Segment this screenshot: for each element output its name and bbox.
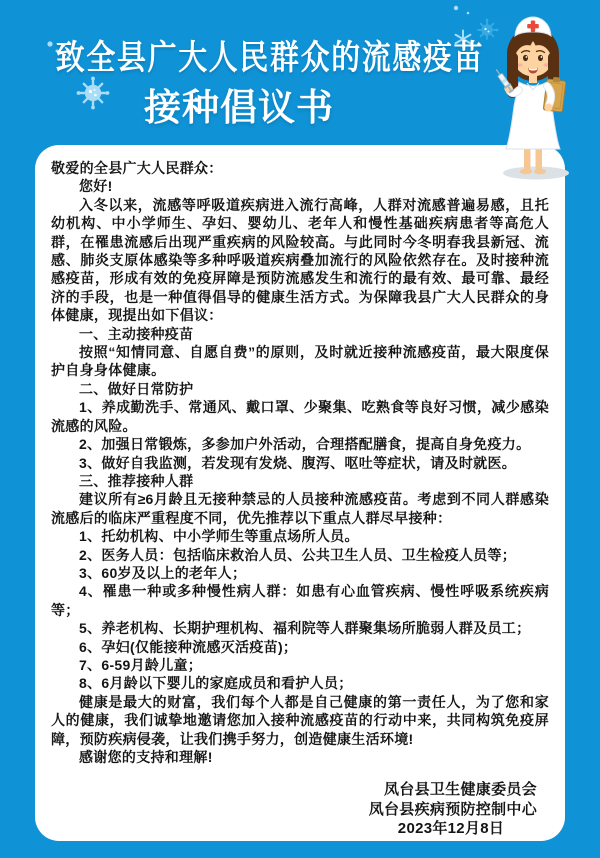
- section-2-item-1: 1、养成勤洗手、常通风、戴口罩、少聚集、吃熟食等良好习惯，减少感染流感的风险。: [51, 398, 549, 435]
- salutation: 敬爱的全县广大人民群众：: [51, 159, 549, 177]
- nurse-illustration: [486, 14, 578, 186]
- poster-title-line2: 接种倡议书: [0, 87, 478, 129]
- signature-block: 凤台县卫生健康委员会 凤台县疾病预防控制中心 2023年12月8日: [365, 780, 537, 839]
- section-3-item-2: 2、医务人员：包括临床救治人员、公共卫生人员、卫生检疫人员等；: [51, 546, 549, 564]
- signature-org-1: 凤台县卫生健康委员会: [365, 780, 537, 800]
- section-2-heading: 二、做好日常防护: [51, 380, 549, 398]
- thanks-line: 感谢您的支持和理解!: [51, 748, 549, 766]
- section-3-item-1: 1、托幼机构、中小学师生等重点场所人员。: [51, 527, 549, 545]
- flu-vaccine-poster: 致全县广大人民群众的流感疫苗 接种倡议书: [0, 0, 600, 858]
- letter-panel: 敬爱的全县广大人民群众： 您好! 入冬以来，流感等呼吸道疾病进入流行高峰，人群对…: [35, 145, 565, 841]
- section-3-item-5: 5、养老机构、长期护理机构、福利院等人群聚集场所脆弱人群及员工；: [51, 619, 549, 637]
- closing-paragraph: 健康是最大的财富，我们每个人都是自己健康的第一责任人，为了您和家人的健康，我们诚…: [51, 693, 549, 748]
- section-2-item-3: 3、做好自我监测，若发现有发烧、腹泻、呕吐等症状，请及时就医。: [51, 454, 549, 472]
- section-3-item-7: 7、6-59月龄儿童；: [51, 656, 549, 674]
- greeting: 您好!: [51, 177, 549, 195]
- section-3-item-8: 8、6月龄以下婴儿的家庭成员和看护人员；: [51, 674, 549, 692]
- section-3-item-3: 3、60岁及以上的老年人；: [51, 564, 549, 582]
- signature-org-2: 凤台县疾病预防控制中心: [365, 800, 537, 820]
- section-3-heading: 三、推荐接种人群: [51, 472, 549, 490]
- section-1-heading: 一、主动接种疫苗: [51, 325, 549, 343]
- section-3-item-6: 6、孕妇(仅能接种流感灭活疫苗)；: [51, 638, 549, 656]
- section-1-body: 按照“知情同意、自愿自费”的原则，及时就近接种流感疫苗，最大限度保护自身身体健康…: [51, 343, 549, 380]
- section-2-item-2: 2、加强日常锻炼，多参加户外活动，合理搭配膳食，提高自身免疫力。: [51, 435, 549, 453]
- section-3-intro: 建议所有≥6月龄且无接种禁忌的人员接种流感疫苗。考虑到不同人群感染流感后的临床严…: [51, 490, 549, 527]
- signature-date: 2023年12月8日: [365, 819, 537, 839]
- sparkle-dots: [454, 6, 470, 14]
- intro-paragraph: 入冬以来，流感等呼吸道疾病进入流行高峰，人群对流感普遍易感，且托幼机构、中小学师…: [51, 196, 549, 325]
- section-3-item-4: 4、罹患一种或多种慢性病人群：如患有心血管疾病、慢性呼吸系统疾病等；: [51, 582, 549, 619]
- poster-title-line1: 致全县广大人民群众的流感疫苗: [41, 38, 500, 78]
